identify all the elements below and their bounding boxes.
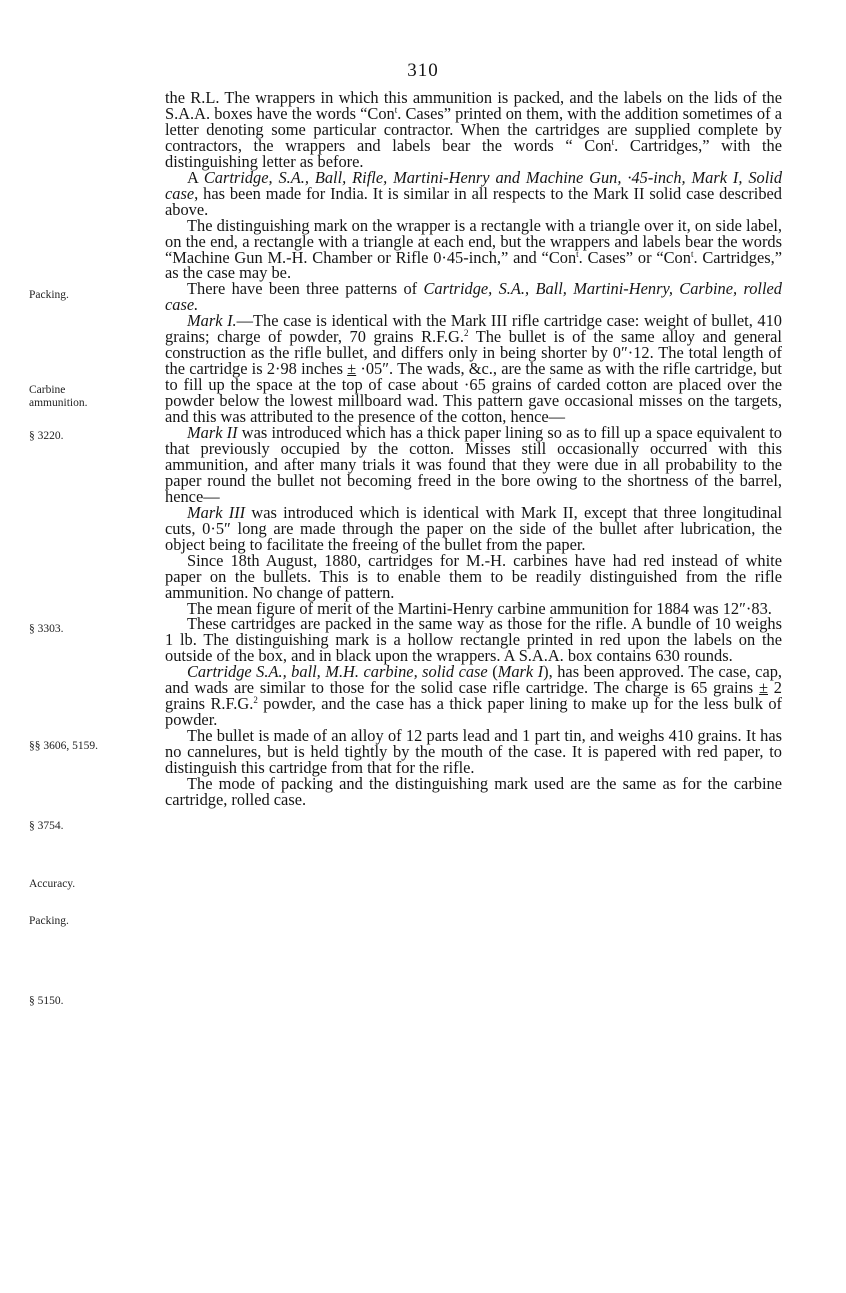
paragraph-packing-mark: The distinguishing mark on the wrapper i… — [165, 218, 782, 282]
paragraph-mark-1: Mark I.—The case is identical with the M… — [165, 313, 782, 425]
margin-note-section-5150: § 5150. — [29, 995, 159, 1008]
paragraph-bullet-alloy: The bullet is made of an alloy of 12 par… — [165, 728, 782, 776]
margin-note-packing: Packing. — [29, 289, 159, 302]
text-run: , has been made for India. It is similar… — [165, 184, 782, 219]
margin-note-section-3303: § 3303. — [29, 623, 159, 636]
text-run: powder, and the case has a thick paper l… — [165, 694, 782, 729]
text-run: was introduced which is identical with M… — [165, 503, 782, 554]
paragraph-carbine-patterns: There have been three patterns of Cartri… — [165, 281, 782, 313]
paragraph-solid-case-carbine: Cartridge S.A., ball, M.H. carbine, soli… — [165, 664, 782, 728]
margin-note-section-3754: § 3754. — [29, 820, 159, 833]
text-run: . Cases” or “Con — [579, 248, 691, 267]
page-number: 310 — [0, 60, 846, 82]
text-run: The mode of packing and the distinguishi… — [165, 774, 782, 809]
paragraph-packing-carbine: These cartridges are packed in the same … — [165, 616, 782, 664]
text-run: These cartridges are packed in the same … — [165, 614, 782, 665]
margin-note-packing-2: Packing. — [29, 915, 159, 928]
margin-note-carbine-ammunition: Carbine ammunition. — [29, 384, 119, 410]
body-text: the R.L. The wrappers in which this ammu… — [165, 90, 782, 808]
paragraph-wrappers-labels: the R.L. The wrappers in which this ammu… — [165, 90, 782, 170]
text-run: Since 18th August, 1880, cartridges for … — [165, 551, 782, 602]
paragraph-mode-of-packing: The mode of packing and the distinguishi… — [165, 776, 782, 808]
margin-note-accuracy: Accuracy. — [29, 878, 159, 891]
margin-note-section-3220: § 3220. — [29, 430, 159, 443]
paragraph-red-paper: Since 18th August, 1880, cartridges for … — [165, 553, 782, 601]
paragraph-mark-3: Mark III was introduced which is identic… — [165, 505, 782, 553]
text-run: The bullet is made of an alloy of 12 par… — [165, 726, 782, 777]
text-run: was introduced which has a thick paper l… — [165, 423, 782, 506]
text-run: There have been three patterns of — [187, 279, 424, 298]
paragraph-mark-2: Mark II was introduced which has a thick… — [165, 425, 782, 505]
margin-note-section-3606-5159: §§ 3606, 5159. — [29, 740, 159, 753]
paragraph-india-cartridge: A Cartridge, S.A., Ball, Rifle, Martini-… — [165, 170, 782, 218]
